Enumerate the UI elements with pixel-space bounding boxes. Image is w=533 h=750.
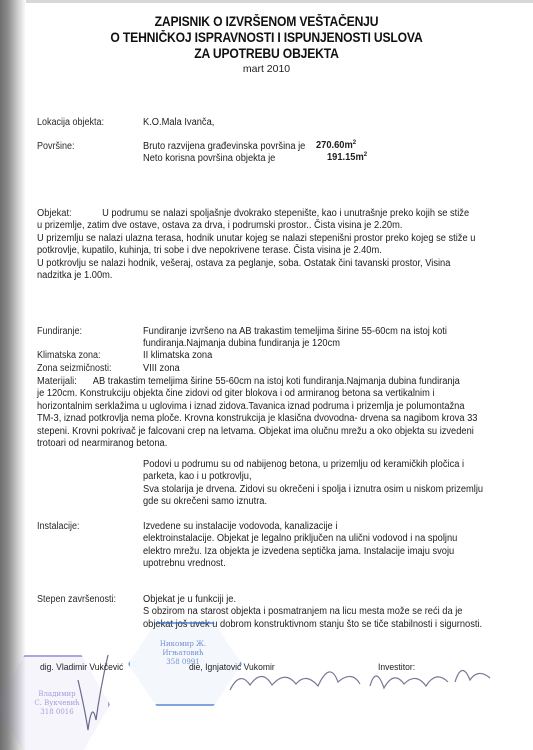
foundation-line: fundiranja.Najmanja dubina fundiranja je… xyxy=(143,338,501,350)
document-date: mart 2010 xyxy=(0,62,533,76)
net-area-text: Neto korisna površina objekta je xyxy=(143,153,275,165)
installations-line: Izvedene su instalacije vodovoda, kanali… xyxy=(143,521,501,533)
materials-line: je 120cm. Konstrukciju objekta čine zido… xyxy=(37,388,493,400)
installations-line: elektro mrežu. Iza objekta je izvedena s… xyxy=(143,546,501,558)
foundation-line: Fundiranje izvršeno na AB trakastim teme… xyxy=(143,326,501,338)
installations-line: elektroinstalacije. Objekat je legalno p… xyxy=(143,533,501,545)
installations-label: Instalacije: xyxy=(37,521,80,533)
object-label: Objekat: xyxy=(37,208,102,220)
location-label: Lokacija objekta: xyxy=(37,117,104,129)
finishes-text: Podovi u podrumu su od nabijenog betona,… xyxy=(143,459,501,509)
document-header: ZAPISNIK O IZVRŠENOM VEŠTAČENJU O TEHNIČ… xyxy=(0,14,533,76)
document-title-line-3: ZA UPOTREBU OBJEKTA xyxy=(27,46,507,62)
object-section: Objekat:U podrumu se nalazi spoljašnje d… xyxy=(37,208,493,282)
finishes-line: gde su okrečeni samo iznutra. xyxy=(143,496,501,508)
finishes-line: Podovi u podrumu su od nabijenog betona,… xyxy=(143,459,501,471)
object-line: potkrovlje, kupatilo, kuhinja, tri sobe … xyxy=(37,245,493,257)
document-title-line-1: ZAPISNIK O IZVRŠENOM VEŠTAČENJU xyxy=(27,14,507,30)
foundation-text: Fundiranje izvršeno na AB trakastim teme… xyxy=(143,326,501,351)
climate-zone-value: II klimatska zona xyxy=(143,350,212,362)
finishes-line: Sva stolarija je drvena. Zidovi su okreč… xyxy=(143,484,501,496)
gross-area-value: 270.60m2 xyxy=(316,140,356,152)
materials-line: trotoari od nearmiranog betona. xyxy=(37,438,493,450)
document-title-line-2: O TEHNIČKOJ ISPRAVNOSTI I ISPUNJENOSTI U… xyxy=(27,30,507,46)
materials-section: Materijali:AB trakastim temeljima širine… xyxy=(37,376,493,450)
object-line: u prizemlje, zatim dve ostave, ostava za… xyxy=(37,220,493,232)
completion-label: Stepen završenosti: xyxy=(37,594,116,606)
location-value: K.O.Mala Ivanča, xyxy=(143,117,214,129)
scan-top-edge xyxy=(0,0,533,3)
materials-first-line: Materijali:AB trakastim temeljima širine… xyxy=(37,376,493,388)
installations-line: upotrebnu vrednost. xyxy=(143,558,501,570)
scan-binding-shadow xyxy=(0,0,26,750)
foundation-label: Fundiranje: xyxy=(37,326,82,338)
completion-line: Objekat je u funkciji je. xyxy=(143,594,501,606)
materials-line: horizontalnim serklažima u uglovima i iz… xyxy=(37,401,493,413)
climate-zone-label: Klimatska zona: xyxy=(37,350,101,362)
net-area-value: 191.15m2 xyxy=(327,152,367,164)
materials-line: stepeni. Krovni pokrivač je falcovani cr… xyxy=(37,426,493,438)
object-first-line: Objekat:U podrumu se nalazi spoljašnje d… xyxy=(37,208,493,220)
object-line: U prizemlju se nalazi ulazna terasa, hod… xyxy=(37,233,493,245)
handwritten-signatures xyxy=(0,640,533,740)
gross-area-text: Bruto razvijena građevinska površina je xyxy=(143,141,305,153)
areas-label: Površine: xyxy=(37,141,75,153)
finishes-line: parketa, kao i u potkrovlju, xyxy=(143,471,501,483)
installations-text: Izvedene su instalacije vodovoda, kanali… xyxy=(143,521,501,571)
materials-label: Materijali: xyxy=(37,376,93,388)
seismic-zone-label: Zona seizmičnosti: xyxy=(37,363,112,375)
seismic-zone-value: VIII zona xyxy=(143,363,180,375)
completion-line: S obzirom na starost objekta i posmatran… xyxy=(143,606,501,618)
object-line: nadzitka je 1.00m. xyxy=(37,270,493,282)
object-line: U potkrovlju se nalazi hodnik, vešeraj, … xyxy=(37,258,493,270)
materials-line: TM-3, iznad potkrovlja nema ploče. Krovn… xyxy=(37,413,493,425)
